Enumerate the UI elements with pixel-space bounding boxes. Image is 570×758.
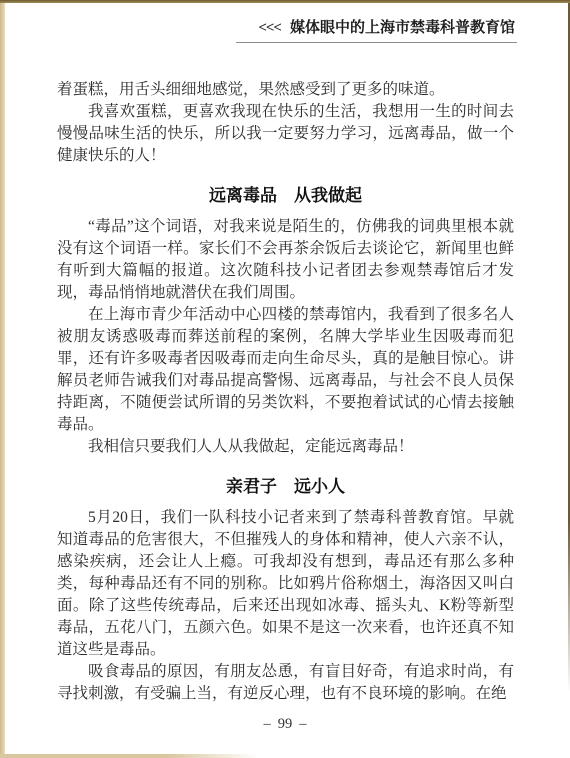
section-heading-2: 亲君子 远小人 (57, 475, 514, 499)
paragraph: 我相信只要我们人人从我做起，定能远离毒品！ (57, 436, 514, 458)
running-header: <<<媒体眼中的上海市禁毒科普教育馆 (236, 16, 517, 43)
page-number-value: 99 (278, 716, 293, 732)
book-page: <<<媒体眼中的上海市禁毒科普教育馆 着蛋糕，用舌头细细地感觉，果然感受到了更多… (0, 0, 570, 758)
paragraph: 吸食毒品的原因，有朋友怂恿，有盲目好奇，有追求时尚，有寻找刺激，有受骗上当，有逆… (57, 661, 514, 705)
header-chevrons: <<< (258, 20, 281, 36)
header-title: 媒体眼中的上海市禁毒科普教育馆 (290, 20, 515, 36)
scan-edge-left (0, 0, 5, 758)
page-content: 着蛋糕，用舌头细细地感觉，果然感受到了更多的味道。 我喜欢蛋糕，更喜欢我现在快乐… (57, 79, 514, 705)
paragraph-continuation: 着蛋糕，用舌头细细地感觉，果然感受到了更多的味道。 (57, 79, 514, 101)
page-number: –99– (0, 716, 570, 733)
scan-edge-bottom (0, 754, 258, 758)
page-number-dash-right: – (299, 716, 306, 732)
scan-edge-top (0, 0, 570, 3)
paragraph: “毒品”这个词语，对我来说是陌生的，仿佛我的词典里根本就没有这个词语一样。家长们… (57, 216, 514, 304)
page-number-dash-left: – (264, 716, 271, 732)
paragraph: 我喜欢蛋糕，更喜欢我现在快乐的生活，我想用一生的时间去慢慢品味生活的快乐，所以我… (57, 101, 514, 167)
paragraph: 在上海市青少年活动中心四楼的禁毒馆内，我看到了很多名人被朋友诱惑吸毒而葬送前程的… (57, 304, 514, 436)
section-heading-1: 远离毒品 从我做起 (57, 184, 514, 208)
paragraph: 5月20日，我们一队科技小记者来到了禁毒科普教育馆。早就知道毒品的危害很大，不但… (57, 507, 514, 661)
